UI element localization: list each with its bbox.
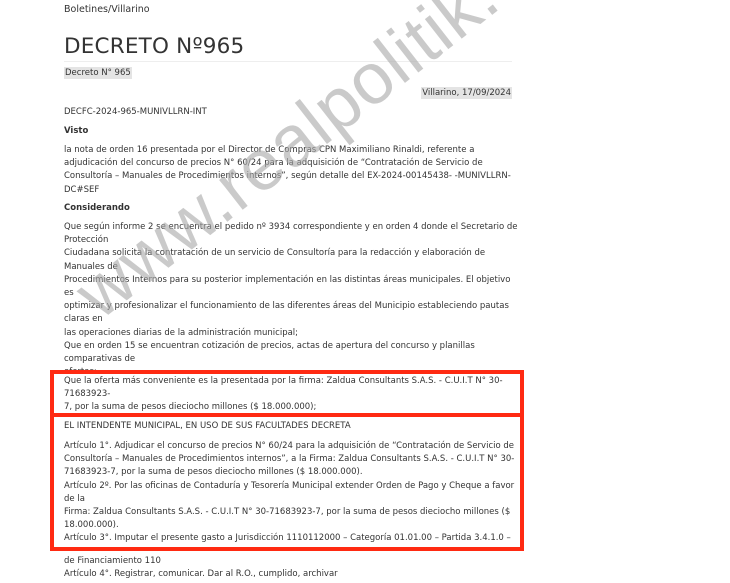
text-line: Ciudadana solicita la contratación de un… xyxy=(64,247,514,260)
article-line: Artículo 4°. Registrar, comunicar. Dar a… xyxy=(64,568,514,581)
page-title: DECRETO Nº965 xyxy=(64,35,512,62)
highlight-box-decree xyxy=(50,413,524,551)
text-line: Que en orden 15 se encuentran cotización… xyxy=(64,340,514,353)
decree-code: DECFC-2024-965-MUNIVLLRN-INT xyxy=(64,107,207,117)
text-line: Que según informe 2 se encuentra el pedi… xyxy=(64,221,514,234)
text-line: es xyxy=(64,287,514,300)
text-line: claras en xyxy=(64,313,514,326)
text-line: las operaciones diarias de la administra… xyxy=(64,327,514,340)
text-line: Consultoría – Manuales de Procedimientos… xyxy=(64,170,514,183)
decree-subtitle: Decreto N° 965 xyxy=(64,67,132,79)
visto-heading: Visto xyxy=(64,126,88,136)
highlight-box-offer xyxy=(50,370,524,417)
text-line: Protección xyxy=(64,234,514,247)
visto-text: la nota de orden 16 presentada por el Di… xyxy=(64,144,514,197)
place-date: Villarino, 17/09/2024 xyxy=(421,87,512,99)
text-line: comparativas de xyxy=(64,353,514,366)
considerando-heading: Considerando xyxy=(64,203,130,213)
text-line: adjudicación del concurso de precios N° … xyxy=(64,157,514,170)
breadcrumb[interactable]: Boletines/Villarino xyxy=(64,4,150,15)
text-line: Manuales de xyxy=(64,261,514,274)
text-line: optimizar y profesionalizar el funcionam… xyxy=(64,300,514,313)
decreta-after-text: de Financiamiento 110 Artículo 4°. Regis… xyxy=(64,555,514,581)
text-line: DC#SEF xyxy=(64,184,514,197)
considerando-text: Que según informe 2 se encuentra el pedi… xyxy=(64,221,514,372)
text-line: la nota de orden 16 presentada por el Di… xyxy=(64,144,514,157)
article-line: de Financiamiento 110 xyxy=(64,555,514,568)
text-line: Procedimientos Internos para su posterio… xyxy=(64,274,514,287)
